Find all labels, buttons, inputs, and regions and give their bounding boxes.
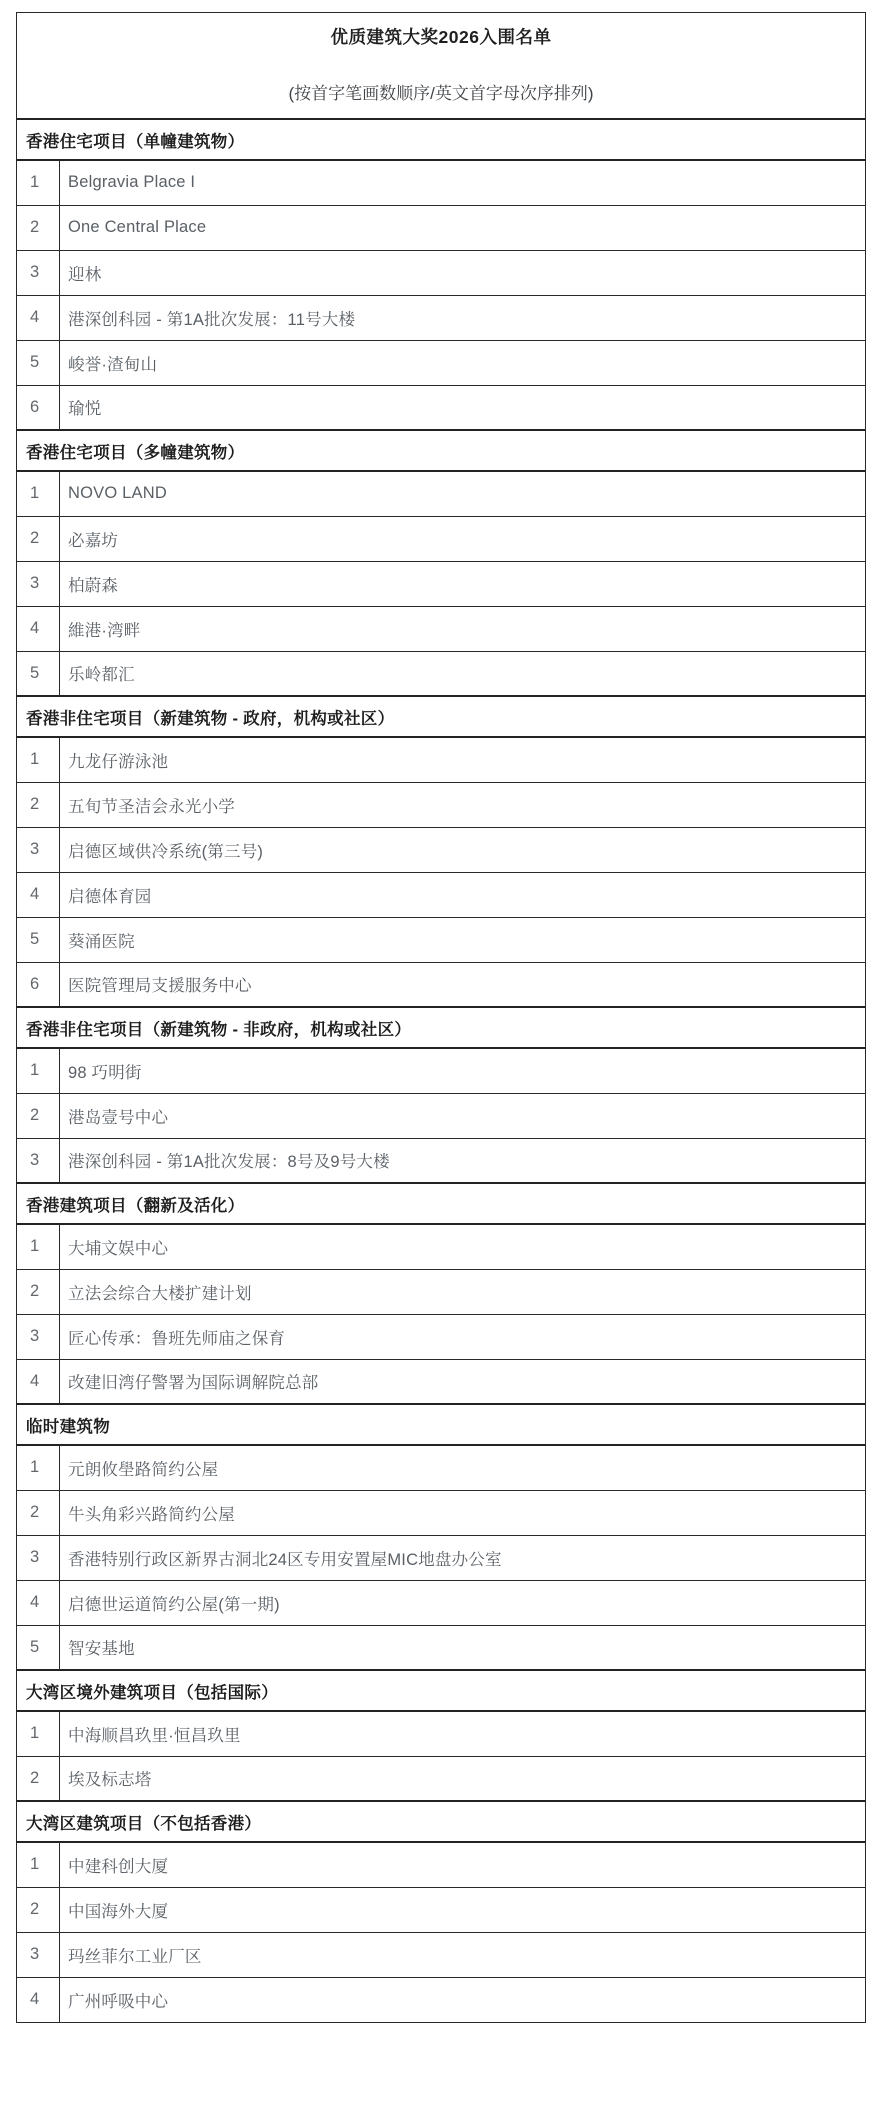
table-row: 5乐岭都汇 [17, 651, 866, 696]
table-row: 2中国海外大厦 [17, 1887, 866, 1932]
row-name: 启德体育园 [60, 872, 866, 917]
row-number: 1 [17, 471, 60, 516]
row-name: 改建旧湾仔警署为国际调解院总部 [60, 1359, 866, 1404]
row-name: 智安基地 [60, 1625, 866, 1670]
section-header-row: 临时建筑物 [17, 1404, 866, 1445]
table-row: 1NOVO LAND [17, 471, 866, 516]
table-row: 2港岛壹号中心 [17, 1093, 866, 1138]
row-name: 維港·湾畔 [60, 606, 866, 651]
row-number: 2 [17, 1490, 60, 1535]
table-row: 2埃及标志塔 [17, 1756, 866, 1801]
table-row: 4启德世运道简约公屋(第一期) [17, 1580, 866, 1625]
row-name: 启德世运道简约公屋(第一期) [60, 1580, 866, 1625]
row-name: 柏蔚森 [60, 561, 866, 606]
row-number: 2 [17, 782, 60, 827]
row-number: 4 [17, 1977, 60, 2022]
row-number: 1 [17, 1711, 60, 1756]
table-row: 1Belgravia Place I [17, 160, 866, 205]
row-name: 广州呼吸中心 [60, 1977, 866, 2022]
title-row: 优质建筑大奖2026入围名单 (按首字笔画数顺序/英文首字母次序排列) [17, 13, 866, 120]
row-number: 2 [17, 516, 60, 561]
table-row: 2One Central Place [17, 205, 866, 250]
row-name: 中国海外大厦 [60, 1887, 866, 1932]
row-name: 元朗攸壆路简约公屋 [60, 1445, 866, 1490]
row-name: 港深创科园 - 第1A批次发展：11号大楼 [60, 295, 866, 340]
table-row: 198 巧明街 [17, 1048, 866, 1093]
table-row: 5葵涌医院 [17, 917, 866, 962]
shortlist-table: 优质建筑大奖2026入围名单 (按首字笔画数顺序/英文首字母次序排列) 香港住宅… [16, 12, 866, 2023]
table-row: 3迎林 [17, 250, 866, 295]
row-name: 匠心传承：鲁班先师庙之保育 [60, 1314, 866, 1359]
table-row: 3柏蔚森 [17, 561, 866, 606]
row-number: 1 [17, 1842, 60, 1887]
section-header-row: 大湾区建筑项目（不包括香港） [17, 1801, 866, 1842]
row-name: Belgravia Place I [60, 160, 866, 205]
page-title: 优质建筑大奖2026入围名单 [27, 26, 855, 48]
row-name: 中海顺昌玖里·恒昌玖里 [60, 1711, 866, 1756]
row-name: 葵涌医院 [60, 917, 866, 962]
table-row: 2牛头角彩兴路简约公屋 [17, 1490, 866, 1535]
title-cell: 优质建筑大奖2026入围名单 (按首字笔画数顺序/英文首字母次序排列) [17, 13, 866, 120]
row-number: 1 [17, 1445, 60, 1490]
row-name: 峻誉·渣甸山 [60, 340, 866, 385]
row-number: 4 [17, 1580, 60, 1625]
table-row: 2必嘉坊 [17, 516, 866, 561]
row-number: 4 [17, 872, 60, 917]
table-row: 6瑜悦 [17, 385, 866, 430]
table-row: 1元朗攸壆路简约公屋 [17, 1445, 866, 1490]
row-name: 瑜悦 [60, 385, 866, 430]
table-row: 4港深创科园 - 第1A批次发展：11号大楼 [17, 295, 866, 340]
row-name: NOVO LAND [60, 471, 866, 516]
section-header: 香港建筑项目（翻新及活化） [17, 1183, 866, 1224]
row-number: 3 [17, 1535, 60, 1580]
row-number: 3 [17, 1138, 60, 1183]
row-name: One Central Place [60, 205, 866, 250]
section-header: 香港住宅项目（多幢建筑物） [17, 430, 866, 471]
row-number: 3 [17, 561, 60, 606]
table-row: 3启德区域供冷系统(第三号) [17, 827, 866, 872]
row-number: 2 [17, 1887, 60, 1932]
table-row: 5峻誉·渣甸山 [17, 340, 866, 385]
row-number: 2 [17, 1269, 60, 1314]
row-number: 6 [17, 385, 60, 430]
row-number: 3 [17, 250, 60, 295]
row-name: 大埔文娱中心 [60, 1224, 866, 1269]
table-row: 1九龙仔游泳池 [17, 737, 866, 782]
table-row: 2立法会综合大楼扩建计划 [17, 1269, 866, 1314]
row-name: 香港特别行政区新界古洞北24区专用安置屋MIC地盘办公室 [60, 1535, 866, 1580]
row-number: 1 [17, 1048, 60, 1093]
row-number: 3 [17, 1932, 60, 1977]
table-row: 3港深创科园 - 第1A批次发展：8号及9号大楼 [17, 1138, 866, 1183]
row-number: 5 [17, 1625, 60, 1670]
row-number: 5 [17, 917, 60, 962]
row-name: 埃及标志塔 [60, 1756, 866, 1801]
page-subtitle: (按首字笔画数顺序/英文首字母次序排列) [27, 83, 855, 105]
page: 优质建筑大奖2026入围名单 (按首字笔画数顺序/英文首字母次序排列) 香港住宅… [0, 12, 885, 2023]
row-number: 5 [17, 340, 60, 385]
table-row: 2五旬节圣洁会永光小学 [17, 782, 866, 827]
section-header-row: 香港建筑项目（翻新及活化） [17, 1183, 866, 1224]
table-row: 1大埔文娱中心 [17, 1224, 866, 1269]
table-row: 4启德体育园 [17, 872, 866, 917]
row-name: 迎林 [60, 250, 866, 295]
row-number: 1 [17, 160, 60, 205]
row-number: 1 [17, 737, 60, 782]
row-name: 牛头角彩兴路简约公屋 [60, 1490, 866, 1535]
row-name: 乐岭都汇 [60, 651, 866, 696]
row-number: 2 [17, 205, 60, 250]
row-name: 中建科创大厦 [60, 1842, 866, 1887]
table-row: 6医院管理局支援服务中心 [17, 962, 866, 1007]
row-number: 2 [17, 1093, 60, 1138]
row-number: 4 [17, 295, 60, 340]
row-name: 98 巧明街 [60, 1048, 866, 1093]
section-header: 大湾区建筑项目（不包括香港） [17, 1801, 866, 1842]
section-header-row: 香港非住宅项目（新建筑物 - 政府，机构或社区） [17, 696, 866, 737]
row-number: 6 [17, 962, 60, 1007]
section-header: 大湾区境外建筑项目（包括国际） [17, 1670, 866, 1711]
table-row: 3香港特别行政区新界古洞北24区专用安置屋MIC地盘办公室 [17, 1535, 866, 1580]
table-row: 4維港·湾畔 [17, 606, 866, 651]
table-row: 3玛丝菲尔工业厂区 [17, 1932, 866, 1977]
section-header: 香港住宅项目（单幢建筑物） [17, 119, 866, 160]
table-row: 4改建旧湾仔警署为国际调解院总部 [17, 1359, 866, 1404]
row-number: 4 [17, 1359, 60, 1404]
section-header-row: 大湾区境外建筑项目（包括国际） [17, 1670, 866, 1711]
section-header-row: 香港住宅项目（单幢建筑物） [17, 119, 866, 160]
table-row: 1中建科创大厦 [17, 1842, 866, 1887]
section-header: 香港非住宅项目（新建筑物 - 政府，机构或社区） [17, 696, 866, 737]
row-name: 医院管理局支援服务中心 [60, 962, 866, 1007]
row-number: 2 [17, 1756, 60, 1801]
table-row: 3匠心传承：鲁班先师庙之保育 [17, 1314, 866, 1359]
row-name: 九龙仔游泳池 [60, 737, 866, 782]
row-number: 3 [17, 827, 60, 872]
row-name: 必嘉坊 [60, 516, 866, 561]
row-name: 玛丝菲尔工业厂区 [60, 1932, 866, 1977]
table-row: 4广州呼吸中心 [17, 1977, 866, 2022]
table-row: 5智安基地 [17, 1625, 866, 1670]
section-header-row: 香港非住宅项目（新建筑物 - 非政府，机构或社区） [17, 1007, 866, 1048]
section-header-row: 香港住宅项目（多幢建筑物） [17, 430, 866, 471]
row-number: 4 [17, 606, 60, 651]
table-row: 1中海顺昌玖里·恒昌玖里 [17, 1711, 866, 1756]
row-name: 五旬节圣洁会永光小学 [60, 782, 866, 827]
row-name: 启德区域供冷系统(第三号) [60, 827, 866, 872]
row-name: 立法会综合大楼扩建计划 [60, 1269, 866, 1314]
row-number: 1 [17, 1224, 60, 1269]
section-header: 香港非住宅项目（新建筑物 - 非政府，机构或社区） [17, 1007, 866, 1048]
row-number: 3 [17, 1314, 60, 1359]
row-number: 5 [17, 651, 60, 696]
row-name: 港深创科园 - 第1A批次发展：8号及9号大楼 [60, 1138, 866, 1183]
row-name: 港岛壹号中心 [60, 1093, 866, 1138]
section-header: 临时建筑物 [17, 1404, 866, 1445]
